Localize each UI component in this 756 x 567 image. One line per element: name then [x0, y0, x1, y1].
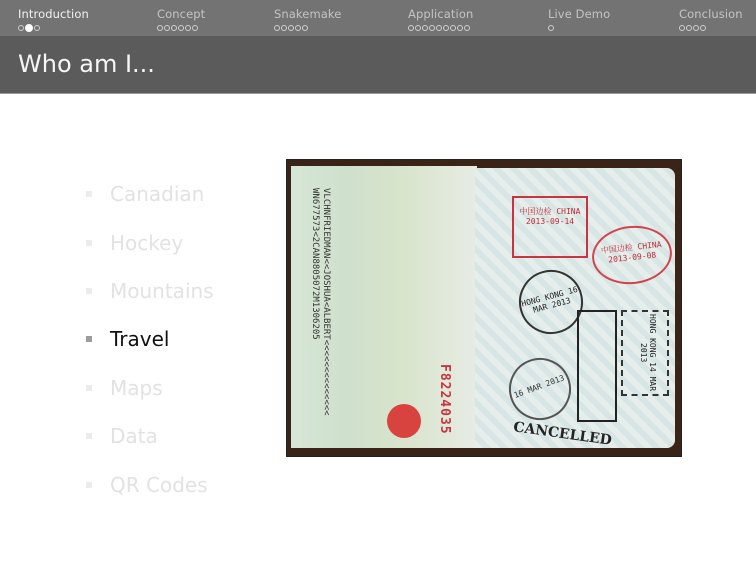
frame-dot-icon[interactable] — [25, 24, 33, 32]
frame-dot-icon[interactable] — [686, 25, 692, 31]
nav-section-introduction[interactable]: Introduction — [18, 8, 89, 32]
frame-dot-icon[interactable] — [408, 25, 414, 31]
frame-dot-icon[interactable] — [302, 25, 308, 31]
frame-dot-icon[interactable] — [443, 25, 449, 31]
frame-dot-icon[interactable] — [700, 25, 706, 31]
nav-section-label[interactable]: Live Demo — [548, 8, 610, 21]
nav-section-conclusion[interactable]: Conclusion — [679, 8, 743, 32]
list-item: Hockey — [86, 218, 214, 266]
mrz-line-1: VLCHNFRIEDMAN<<JOSHUA<ALBERT<<<<<<<<<<<<… — [320, 188, 331, 448]
frame-dot-icon[interactable] — [18, 25, 24, 31]
frame-dot-icon[interactable] — [429, 25, 435, 31]
frame-dots — [274, 23, 341, 32]
nav-section-concept[interactable]: Concept — [157, 8, 205, 32]
list-item-label: Mountains — [110, 279, 214, 303]
nav-section-label[interactable]: Introduction — [18, 8, 89, 21]
list-item-label: QR Codes — [110, 473, 208, 497]
machine-readable-zone: VLCHNFRIEDMAN<<JOSHUA<ALBERT<<<<<<<<<<<<… — [297, 188, 331, 448]
hong-kong-entry-stamp: HONG KONG 14 MAR 2013 — [621, 310, 669, 396]
nav-section-snakemake[interactable]: Snakemake — [274, 8, 341, 32]
nav-section-label[interactable]: Conclusion — [679, 8, 743, 21]
list-item: QR Codes — [86, 460, 214, 508]
list-item: Data — [86, 412, 214, 460]
frame-dot-icon[interactable] — [288, 25, 294, 31]
passport-photo: VLCHNFRIEDMAN<<JOSHUA<ALBERT<<<<<<<<<<<<… — [286, 159, 682, 457]
slide-title: Who am I... — [18, 50, 155, 78]
china-entry-stamp: 中国边检 CHINA 2013-09-14 — [512, 196, 588, 258]
list-item: Maps — [86, 364, 214, 412]
list-item: Mountains — [86, 267, 214, 315]
nav-section-application[interactable]: Application — [408, 8, 473, 32]
list-item: Travel — [86, 315, 214, 363]
nav-section-label[interactable]: Concept — [157, 8, 205, 21]
square-bullet-icon — [86, 336, 92, 342]
national-emblem-icon — [387, 404, 421, 438]
frame-dots — [408, 23, 473, 32]
frame-dot-icon[interactable] — [274, 25, 280, 31]
frame-dot-icon[interactable] — [192, 25, 198, 31]
list-item-label: Travel — [110, 327, 169, 351]
frame-dots — [679, 23, 743, 32]
frame-dots — [18, 23, 89, 32]
visitor-stamp — [577, 310, 617, 422]
list-item-label: Hockey — [110, 231, 183, 255]
visa-number: F8224035 — [437, 364, 452, 435]
nav-section-live-demo[interactable]: Live Demo — [548, 8, 610, 32]
frame-dot-icon[interactable] — [171, 25, 177, 31]
nav-section-label[interactable]: Application — [408, 8, 473, 21]
frame-dot-icon[interactable] — [457, 25, 463, 31]
list-item: Canadian — [86, 170, 214, 218]
frame-dot-icon[interactable] — [281, 25, 287, 31]
frame-dot-icon[interactable] — [178, 25, 184, 31]
frame-title-bar: Who am I... — [0, 36, 756, 94]
list-item-label: Data — [110, 424, 158, 448]
frame-dot-icon[interactable] — [34, 25, 40, 31]
list-item-label: Maps — [110, 376, 163, 400]
frame-dot-icon[interactable] — [295, 25, 301, 31]
bullet-list: CanadianHockeyMountainsTravelMapsDataQR … — [86, 170, 214, 509]
frame-dot-icon[interactable] — [693, 25, 699, 31]
frame-dots — [157, 23, 205, 32]
frame-dot-icon[interactable] — [422, 25, 428, 31]
section-navigation-bar: IntroductionConceptSnakemakeApplicationL… — [0, 0, 756, 36]
visa-page: VLCHNFRIEDMAN<<JOSHUA<ALBERT<<<<<<<<<<<<… — [291, 166, 477, 448]
frame-dot-icon[interactable] — [415, 25, 421, 31]
square-bullet-icon — [86, 482, 92, 488]
frame-dot-icon[interactable] — [157, 25, 163, 31]
square-bullet-icon — [86, 288, 92, 294]
frame-dot-icon[interactable] — [185, 25, 191, 31]
frame-dot-icon[interactable] — [164, 25, 170, 31]
square-bullet-icon — [86, 191, 92, 197]
square-bullet-icon — [86, 385, 92, 391]
frame-dot-icon[interactable] — [450, 25, 456, 31]
list-item-label: Canadian — [110, 182, 204, 206]
frame-dots — [548, 23, 610, 32]
square-bullet-icon — [86, 433, 92, 439]
mrz-line-2: WN677573<2CAN8805072M1306205 — [309, 188, 320, 448]
nav-section-label[interactable]: Snakemake — [274, 8, 341, 21]
square-bullet-icon — [86, 240, 92, 246]
frame-dot-icon[interactable] — [548, 25, 554, 31]
frame-dot-icon[interactable] — [436, 25, 442, 31]
frame-dot-icon[interactable] — [464, 25, 470, 31]
frame-dot-icon[interactable] — [679, 25, 685, 31]
